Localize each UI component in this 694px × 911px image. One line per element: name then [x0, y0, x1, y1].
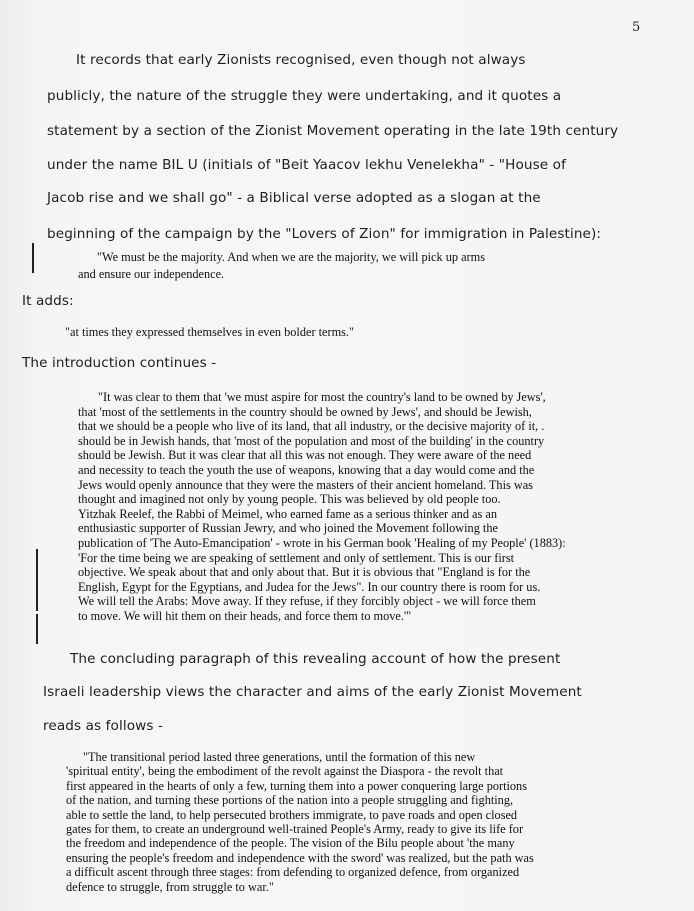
margin-mark — [32, 243, 34, 273]
quote-line: able to settle the land, to help persecu… — [66, 808, 517, 823]
text-line: statement by a section of the Zionist Mo… — [47, 123, 618, 139]
text-line: reads as follows - — [43, 718, 163, 734]
it-adds-label: It adds: — [22, 293, 74, 309]
introduction-continues-label: The introduction continues - — [22, 355, 216, 371]
quote-line: English, Egypt for the Egyptians, and Ju… — [78, 580, 540, 595]
quote-line: and ensure our independence. — [78, 267, 224, 282]
quote-line: ensuring the people's freedom and indepe… — [66, 851, 534, 866]
text-line: Jacob rise and we shall go" - a Biblical… — [47, 190, 541, 206]
quote-line: the freedom and independence of the peop… — [66, 836, 515, 851]
text-line: The concluding paragraph of this reveali… — [70, 651, 560, 667]
text-line: It records that early Zionists recognise… — [76, 52, 526, 68]
quote-line: to move. We will hit them on their heads… — [78, 609, 411, 624]
quote-line: thought and imagined not only by young p… — [78, 492, 501, 507]
quote-line: gates for them, to create an underground… — [66, 822, 523, 837]
quote-line: that we should be a people who live of i… — [78, 419, 544, 434]
quote-line: Yitzhak Reelef, the Rabbi of Meimel, who… — [78, 507, 497, 522]
text-line: publicly, the nature of the struggle the… — [47, 88, 561, 104]
document-page: 5 It records that early Zionists recogni… — [0, 0, 694, 911]
quote-line: first appeared in the hearts of only a f… — [66, 779, 527, 794]
quote-line: "It was clear to them that 'we must aspi… — [98, 390, 546, 405]
quote-line: Jews would openly announce that they wer… — [78, 478, 533, 493]
quote-line: should be in Jewish hands, that 'most of… — [78, 434, 544, 449]
quote-line: a difficult ascent through three stages:… — [66, 865, 519, 880]
quote-line: We will tell the Arabs: Move away. If th… — [78, 594, 536, 609]
quote-line: defence to struggle, from struggle to wa… — [66, 880, 274, 895]
quote-line: of the nation, and turning these portion… — [66, 793, 513, 808]
quote-line: should be Jewish. But it was clear that … — [78, 448, 531, 463]
quote-line: 'For the time being we are speaking of s… — [78, 551, 514, 566]
quote-line: "We must be the majority. And when we ar… — [97, 250, 485, 265]
text-line: beginning of the campaign by the "Lovers… — [47, 226, 601, 242]
quote-line: enthusiastic supporter of Russian Jewry,… — [78, 521, 498, 536]
quote-line: that 'most of the settlements in the cou… — [78, 405, 532, 420]
page-number: 5 — [632, 20, 640, 35]
quote-line: publication of 'The Auto-Emancipation' -… — [78, 536, 566, 551]
quote-line: "The transitional period lasted three ge… — [83, 750, 475, 765]
margin-mark — [36, 549, 38, 611]
text-line: Israeli leadership views the character a… — [43, 684, 582, 700]
quote-line: and necessity to teach the youth the use… — [78, 463, 534, 478]
quote-bolder-terms: "at times they expressed themselves in e… — [65, 325, 354, 340]
text-line: under the name BIL U (initials of "Beit … — [47, 157, 566, 173]
quote-line: 'spiritual entity', being the embodiment… — [66, 764, 503, 779]
quote-line: objective. We speak about that and only … — [78, 565, 530, 580]
margin-mark — [36, 614, 38, 644]
